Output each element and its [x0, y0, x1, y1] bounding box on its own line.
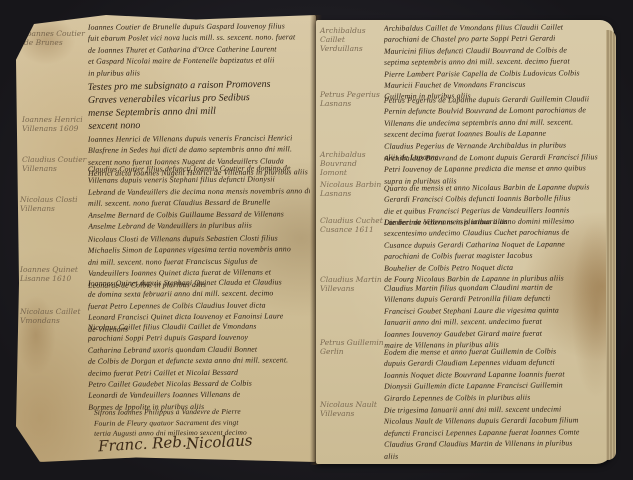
- baptized-name: Ioannes Henrici: [22, 115, 83, 124]
- baptized-place: de Brunes: [24, 38, 63, 47]
- left-page: Ioannes Coutier de Brunes Ioannes Henric…: [16, 15, 316, 462]
- entry-line: Girardo Lepennes de Colbis in pluribus a…: [384, 391, 606, 404]
- baptism-entry: Nicolaus Caillet filius Claudii Caillet …: [88, 320, 311, 413]
- baptized-place: Vmondans: [20, 316, 60, 325]
- baptized-place: Gerlin: [320, 347, 344, 356]
- baptized-name: Archibaldus Bouvrand: [320, 150, 366, 168]
- entry-line: Michaelis Simon de Lapannes vigesima ter…: [88, 244, 310, 257]
- page-edges: [606, 30, 616, 460]
- baptized-name: Nicolaus Nault: [320, 400, 377, 409]
- margin-name: Nicolaus Closti Villenans: [20, 195, 92, 213]
- margin-name: Ioannes Quinet Lisanne 1610: [20, 265, 92, 283]
- baptized-place: Iomont: [320, 168, 347, 177]
- certification-note: Testes pro me subsignato a raison Promov…: [88, 77, 311, 133]
- baptized-name: Nicolaus Barbin: [320, 180, 381, 189]
- margin-name: Claudius Cuchet Cusance 1611: [320, 216, 392, 234]
- entry-line: Ioannes Quinet dupuis Stephani Quinet Cl…: [88, 276, 310, 289]
- entry-line: Quarto die mensis et anno Nicolaus Barbi…: [384, 181, 606, 194]
- margin-name: Ioannes Coutier de Brunes: [24, 29, 96, 47]
- margin-name: Nicolaus Barbin Lasnans: [320, 180, 392, 198]
- baptized-name: Nicolaus Closti: [20, 195, 78, 204]
- margin-name: Petrus Guillemin Gerlin: [320, 338, 392, 356]
- baptism-entry: Archibaldus Caillet de Vmondans filius C…: [384, 21, 607, 102]
- baptism-entry: Claudius Coutier filius defuncti Ioannis…: [88, 162, 310, 232]
- baptized-place: Lasnans: [320, 99, 351, 108]
- baptized-name: Claudius Cuchet: [320, 216, 383, 225]
- baptized-place: Villenans 1609: [22, 124, 78, 133]
- margin-name: Ioannes Henrici Villenans 1609: [22, 115, 94, 133]
- baptized-place: Villenans: [22, 164, 57, 173]
- baptized-name: Nicolaus Caillet: [20, 307, 80, 316]
- baptism-entry: Die trigesima Ianuarii anni dni mill. se…: [384, 403, 606, 462]
- baptism-entry: Eodem die mense et anno fuerat Guillemin…: [384, 345, 606, 404]
- baptized-place: Lasnans: [320, 189, 351, 198]
- entry-line: Petri Iouvenoy de Lapanne predicta die m…: [384, 163, 606, 176]
- baptized-place: Villevans: [320, 409, 354, 418]
- entry-line: de Colbis de Dorgan et defuncte sexta an…: [88, 354, 310, 367]
- entry-line: Pierre Lambert Parisie Capella de Colbis…: [384, 67, 606, 80]
- entry-line: Villenans die undecima septembris anno d…: [384, 116, 606, 129]
- baptized-place: Villenans: [20, 204, 55, 213]
- margin-name: Claudius Martin Villevans: [320, 275, 392, 293]
- entry-line: defuncti Francisci Lepennes Lapanne fuer…: [384, 426, 606, 439]
- baptized-place: Verduillans: [320, 44, 363, 53]
- entry-line: aliis: [384, 449, 606, 462]
- baptized-name: Claudius Coutier: [22, 155, 86, 164]
- margin-name: Petrus Pegerius Lasnans: [320, 90, 392, 108]
- baptized-place: Lisanne 1610: [20, 274, 71, 283]
- baptized-place: Cusance 1611: [320, 225, 374, 234]
- margin-name: Nicolaus Nault Villevans: [320, 400, 392, 418]
- baptized-name: Archibaldus Caillet: [320, 26, 366, 44]
- entry-line: fuit ebarum Poslet vici nova lucis mill.…: [88, 32, 310, 45]
- baptism-entry: Ioannes Coutier de Brunelle dupuis Gaspa…: [88, 20, 310, 79]
- right-page: Archibaldus Caillet Verduillans Petrus P…: [316, 20, 614, 464]
- entry-line: Die decima octava mensis ianuarii anno d…: [384, 215, 606, 228]
- baptism-entry: Die decima octava mensis ianuarii anno d…: [384, 215, 606, 285]
- baptized-name: Petrus Pegerius: [320, 90, 380, 99]
- entry-line: Claudius Coutier filius defuncti Ioannis…: [88, 162, 310, 175]
- entry-line: Lebrand de Vandeuillers die decima nona …: [88, 185, 310, 198]
- baptized-place: Villevans: [320, 284, 354, 293]
- baptized-name: Petrus Guillemin: [320, 338, 384, 347]
- baptism-entry: Claudius Martin filius quondam Claudini …: [384, 281, 606, 351]
- baptized-name: Ioannes Quinet: [20, 265, 78, 274]
- signature: Nicolaus: [186, 431, 253, 452]
- entry-line: Anselme Bernard de Colbis Guillaume Bess…: [88, 208, 310, 221]
- baptized-name: Claudius Martin: [320, 275, 382, 284]
- note-line: sexcent nono: [88, 116, 310, 133]
- entry-line: Anselme Lebrand de Vandeuillers in pluri…: [88, 219, 310, 232]
- margin-name: Nicolaus Caillet Vmondans: [20, 307, 92, 325]
- margin-name: Archibaldus Bouvrand Iomont: [320, 150, 392, 177]
- margin-name: Claudius Coutier Villenans: [22, 155, 94, 173]
- margin-name: Archibaldus Caillet Verduillans: [320, 26, 392, 53]
- signature: Franc. Reb.: [98, 433, 187, 456]
- baptized-name: Ioannes Coutier: [24, 29, 85, 38]
